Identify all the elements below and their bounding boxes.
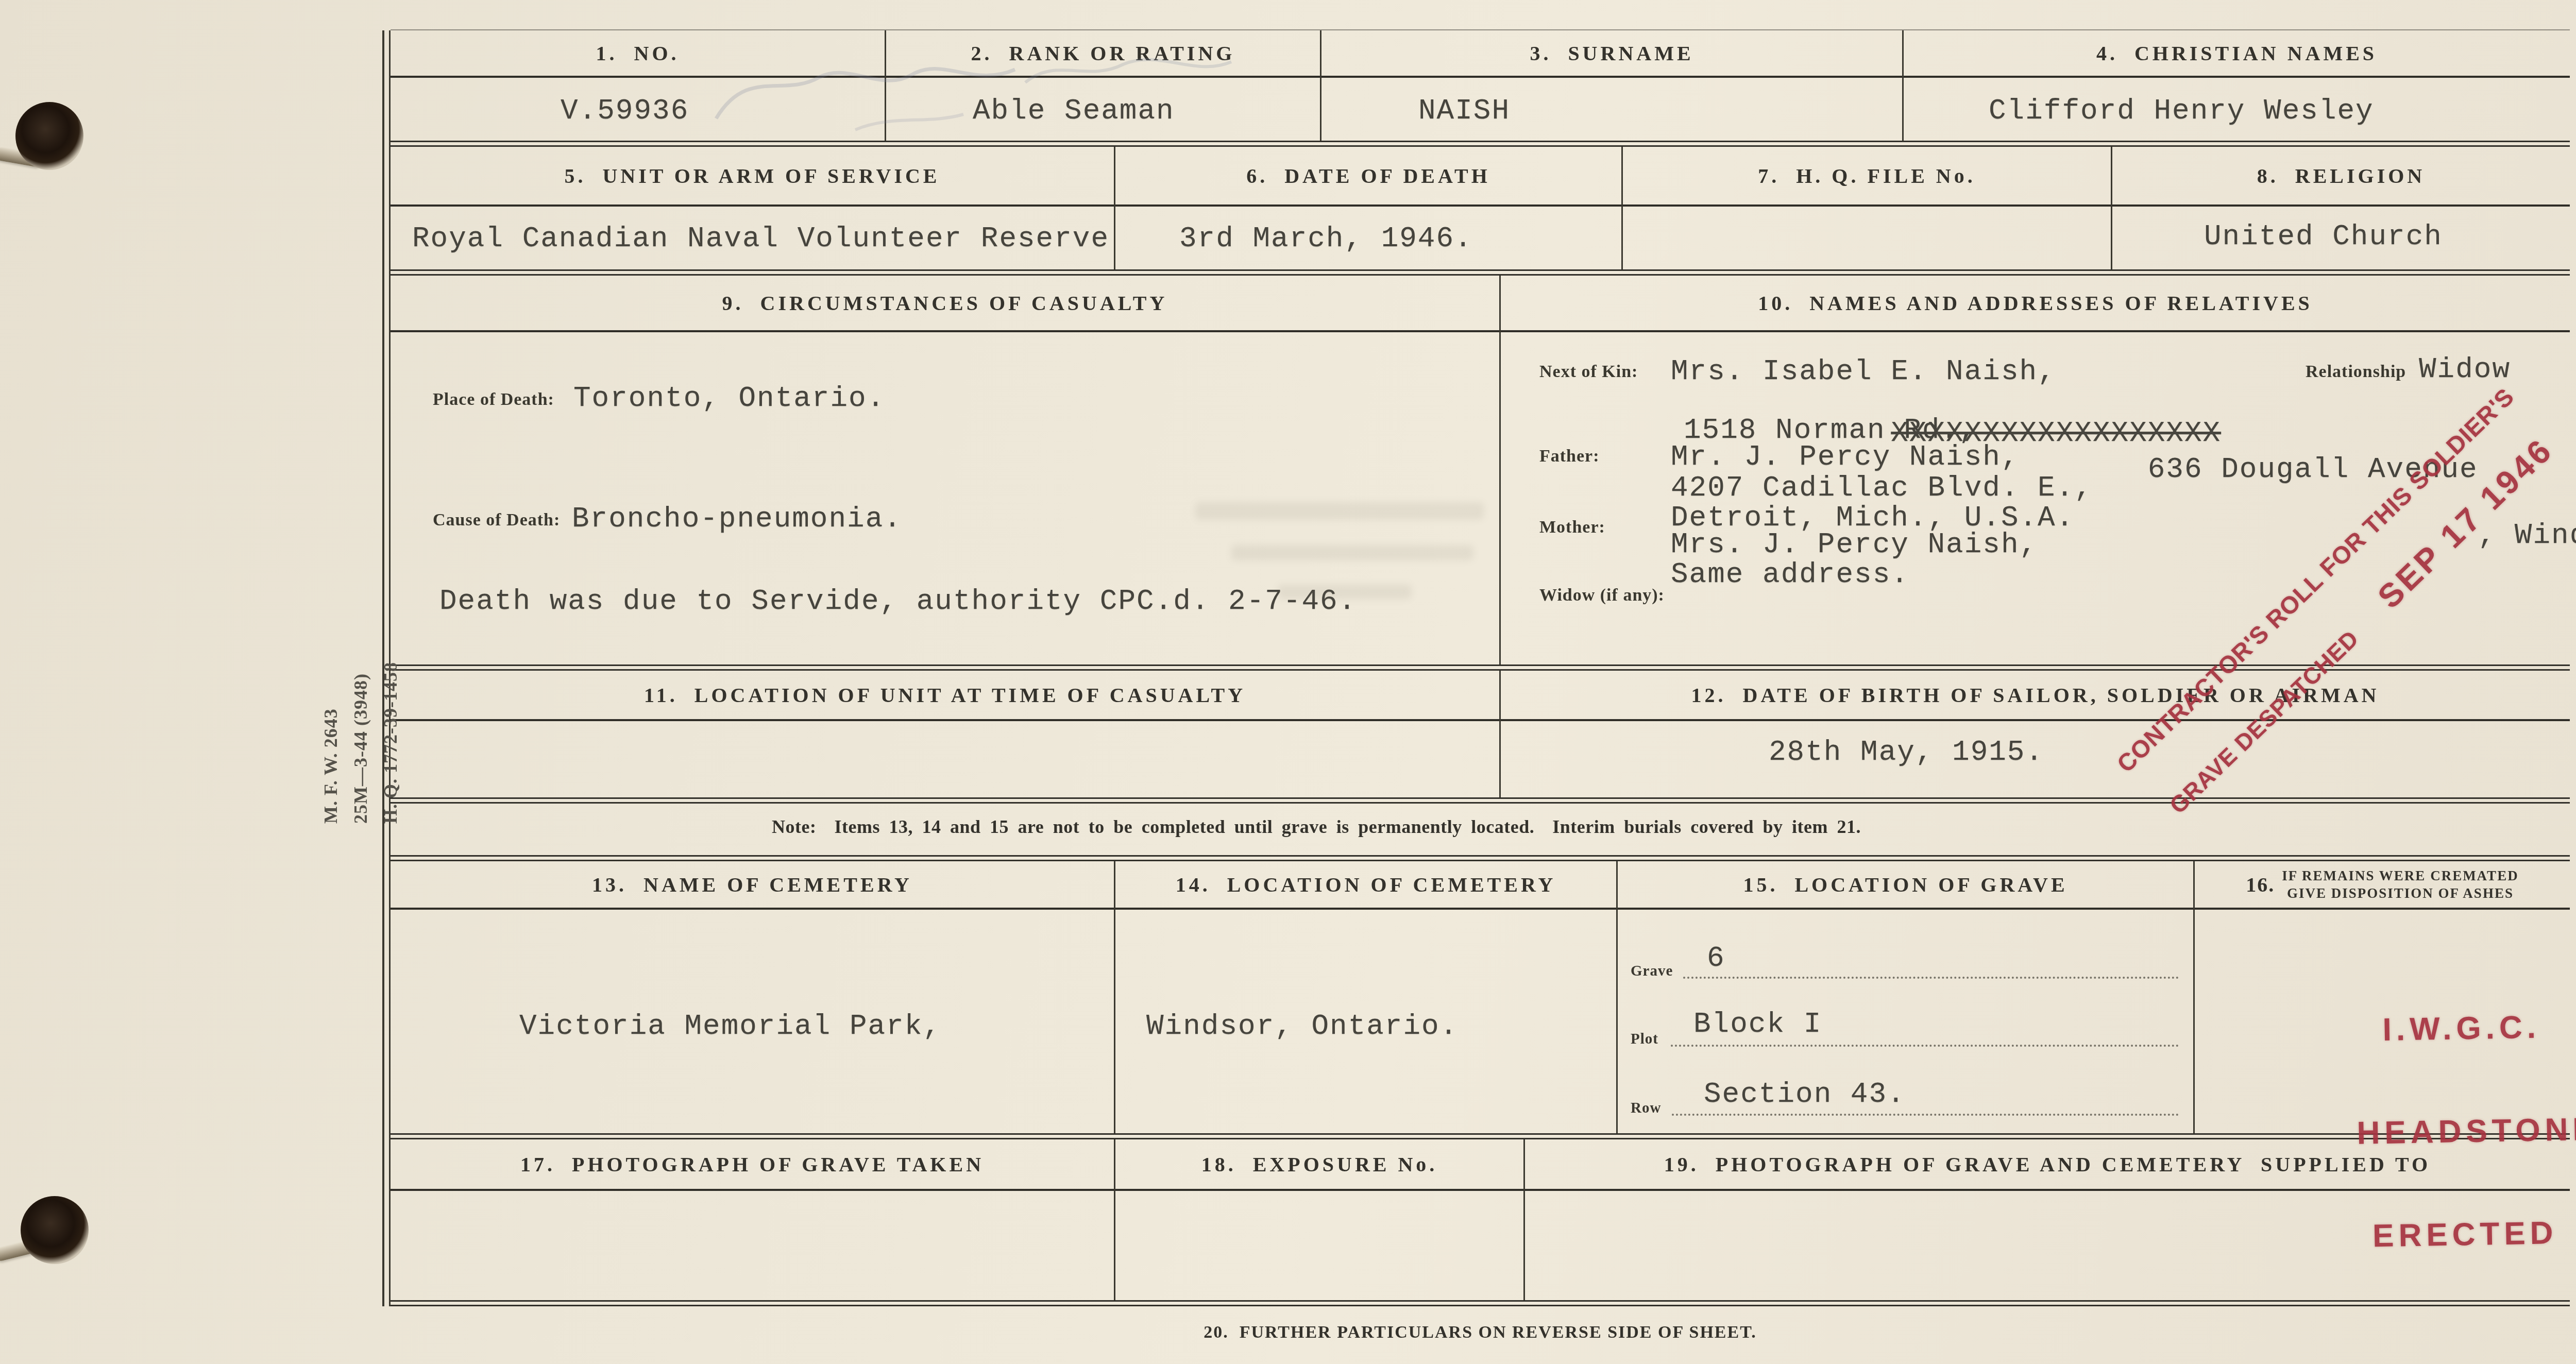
mother-label: Mother: [1539,518,1605,537]
scanned-casualty-record-sheet: M. F. W. 2643 25M—3-44 (3948) H. Q. 1772… [0,0,2576,1364]
row-value: Section 43. [1704,1078,1906,1111]
field-christian-names-value: Clifford Henry Wesley [1989,94,2374,127]
mother-address: Same address. [1671,558,1909,591]
field-date-of-death: 6. DATE OF DEATH 3rd March, 1946. [1115,147,1623,269]
note-strip: Note: Items 13, 14 and 15 are not to be … [391,804,2570,855]
section-cemetery-name: 13. NAME OF CEMETERY Victoria Memorial P… [391,861,1115,1133]
dotted-leader [1671,1045,2179,1047]
field-no-label: 1. NO. [596,41,680,65]
father-address-1: 4207 Cadillac Blvd. E., [1671,471,2093,504]
next-of-kin-name: Mrs. Isabel E. Naish, [1671,355,2056,388]
section-cemetery-location-label: 14. LOCATION OF CEMETERY [1176,873,1556,897]
row-sections-17-19: 17. PHOTOGRAPH OF GRAVE TAKEN 18. EXPOSU… [391,1139,2570,1300]
grave-row: Grave 6 [1631,952,2179,981]
section-photo-taken: 17. PHOTOGRAPH OF GRAVE TAKEN [391,1139,1115,1300]
section-unit-location: 11. LOCATION OF UNIT AT TIME OF CASUALTY [391,671,1501,797]
next-of-kin-label: Next of Kin: [1539,362,1638,382]
section-cremation-number: 16. [2246,873,2275,897]
imprint-line: M. F. W. 2643 [316,587,346,824]
field-date-of-death-label: 6. DATE OF DEATH [1246,164,1490,188]
faint-pencil-scribble [685,21,1303,155]
row-label: Row [1631,1100,1661,1117]
section-date-of-birth-value: 28th May, 1915. [1769,736,2044,769]
field-hq-file-no: 7. H. Q. FILE No. [1623,147,2112,269]
section-cremation: 16. IF REMAINS WERE CREMATEDGIVE DISPOSI… [2195,861,2570,1133]
section-exposure-no-label: 18. EXPOSURE No. [1201,1152,1438,1177]
relationship-label: Relationship [2306,362,2406,382]
section-grave-location: 15. LOCATION OF GRAVE Grave 6 Plot Block… [1618,861,2195,1133]
section-photo-supplied-label: 19. PHOTOGRAPH OF GRAVE AND CEMETERY SUP… [1664,1152,2431,1177]
grave-label: Grave [1631,963,1673,980]
death-due-to-service-note: Death was due to Servide, authority CPC.… [439,585,1357,618]
field-surname-value: NAISH [1418,94,1510,127]
field-no-value: V.59936 [561,94,689,127]
dotted-leader [1672,1114,2179,1116]
row-sections-9-10: 9. CIRCUMSTANCES OF CASUALTY Place of De… [391,276,2570,664]
cause-of-death-value: Broncho-pneumonia. [572,502,902,535]
field-religion-value: United Church [2204,220,2443,253]
bleed-through-mark [1195,502,1484,520]
section-exposure-no: 18. EXPOSURE No. [1115,1139,1525,1300]
plot-row: Plot Block I [1631,1020,2179,1049]
field-religion: 8. RELIGION United Church [2112,147,2570,269]
field-christian-names: 4. CHRISTIAN NAMES Clifford Henry Wesley [1904,30,2570,141]
section-date-of-birth: 12. DATE OF BIRTH OF SAILOR, SOLDIER OR … [1501,671,2570,797]
section-relatives-label: 10. NAMES AND ADDRESSES OF RELATIVES [1758,291,2313,315]
double-rule [391,797,2570,804]
section-cemetery-location: 14. LOCATION OF CEMETERY Windsor, Ontari… [1115,861,1618,1133]
address-tail: , Windsor, Ontario. [2478,519,2576,552]
row-row: Row Section 43. [1631,1089,2179,1118]
section-photo-supplied: 19. PHOTOGRAPH OF GRAVE AND CEMETERY SUP… [1525,1139,2570,1300]
field-unit-value: Royal Canadian Naval Volunteer Reserve [412,222,1109,255]
section-circumstances-label: 9. CIRCUMSTANCES OF CASUALTY [722,291,1168,315]
section-cemetery-name-label: 13. NAME OF CEMETERY [592,873,912,897]
imprint-line: H. Q. 1772-39-1458 [376,587,405,824]
field-religion-label: 8. RELIGION [2257,164,2426,188]
father-label: Father: [1539,447,1600,466]
grave-value: 6 [1707,942,1725,975]
section-grave-location-label: 15. LOCATION OF GRAVE [1743,873,2067,897]
section-unit-location-label: 11. LOCATION OF UNIT AT TIME OF CASUALTY [644,683,1246,707]
further-particulars-text: 20. FURTHER PARTICULARS ON REVERSE SIDE … [1204,1323,1757,1342]
binder-hole-bottom [21,1196,89,1264]
field-christian-names-label: 4. CHRISTIAN NAMES [2096,41,2377,65]
section-cemetery-name-value: Victoria Memorial Park, [519,1010,941,1043]
section-photo-taken-label: 17. PHOTOGRAPH OF GRAVE TAKEN [520,1152,984,1177]
field-unit: 5. UNIT OR ARM OF SERVICE Royal Canadian… [391,147,1115,269]
row-sections-13-16: 13. NAME OF CEMETERY Victoria Memorial P… [391,861,2570,1133]
bleed-through-mark [1278,585,1412,599]
plot-label: Plot [1631,1031,1658,1048]
bleed-through-mark [1231,545,1473,560]
binder-hole-top [15,102,83,170]
double-rule [391,269,2570,276]
plot-value: Block I [1693,1008,1822,1041]
field-date-of-death-value: 3rd March, 1946. [1179,222,1473,255]
mother-name: Mrs. J. Percy Naish, [1671,528,2038,561]
dotted-leader [1683,977,2179,979]
father-name: Mr. J. Percy Naish, [1671,440,2020,473]
section-cremation-label: IF REMAINS WERE CREMATEDGIVE DISPOSITION… [2282,867,2518,902]
cause-of-death-label: Cause of Death: [433,510,560,530]
widow-label: Widow (if any): [1539,586,1665,605]
place-of-death-label: Place of Death: [433,390,554,410]
field-surname: 3. SURNAME NAISH [1321,30,1904,141]
further-particulars-footer: 20. FURTHER PARTICULARS ON REVERSE SIDE … [391,1323,2570,1342]
section-circumstances: 9. CIRCUMSTANCES OF CASUALTY Place of De… [391,276,1501,664]
field-hq-file-no-label: 7. H. Q. FILE No. [1758,164,1975,188]
imprint-line: 25M—3-44 (3948) [346,587,376,824]
row-fields-5-8: 5. UNIT OR ARM OF SERVICE Royal Canadian… [391,147,2570,269]
note-text: Note: Items 13, 14 and 15 are not to be … [772,816,1861,838]
margin-imprint: M. F. W. 2643 25M—3-44 (3948) H. Q. 1772… [316,587,405,824]
place-of-death-value: Toronto, Ontario. [573,382,885,415]
section-cemetery-location-value: Windsor, Ontario. [1146,1010,1458,1043]
field-surname-label: 3. SURNAME [1530,41,1693,65]
iwgc-stamp-line: I.W.G.C. [2382,1010,2540,1048]
double-rule [391,855,2570,861]
relationship-value: Widow [2419,353,2511,386]
field-unit-label: 5. UNIT OR ARM OF SERVICE [564,164,940,188]
